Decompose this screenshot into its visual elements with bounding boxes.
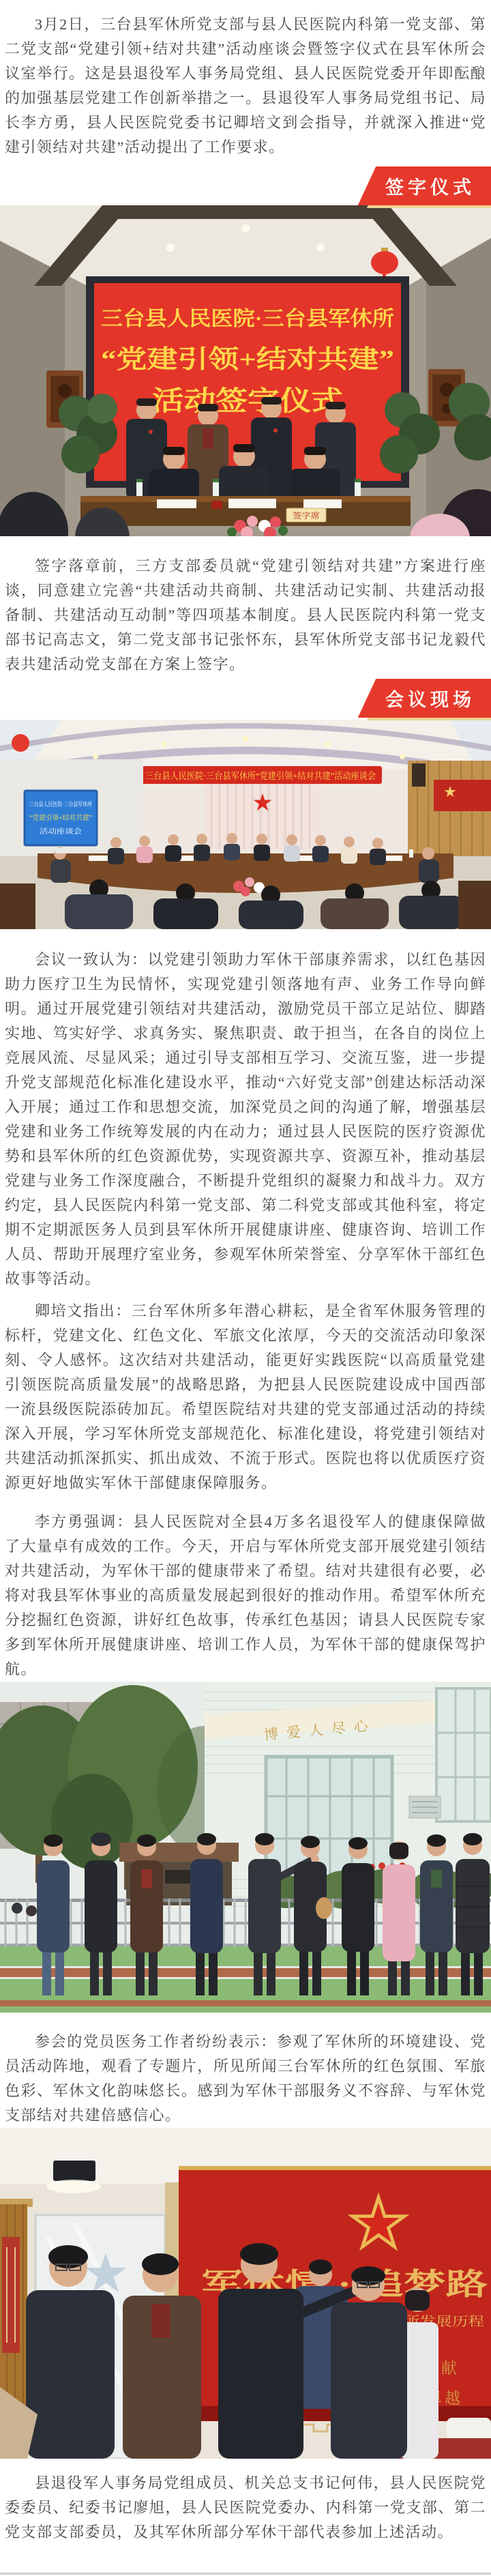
screen-line3: 活动签字仪式	[152, 385, 343, 416]
badge-ribbon: 会议现场	[358, 679, 491, 718]
bottom-divider	[0, 2573, 491, 2575]
badge-ribbon: 签字仪式	[358, 166, 491, 205]
meeting-banner: 三台县人民医院·三台县军休所“党建引领+结对共建”活动座谈会	[140, 766, 382, 784]
photo-meeting-room[interactable]: 三台县人民医院·三台县军休所“党建引领+结对共建”活动座谈会 三台县人民医院·三…	[0, 720, 491, 929]
badge-label: 签字仪式	[385, 173, 485, 199]
table-sign: 签字席	[293, 510, 320, 521]
paragraph-qingpeiwen: 卿培文指出：三台军休所多年潜心耕耘，是全省军休服务管理的标杆，党建文化、红色文化…	[0, 1299, 491, 1495]
section-badge-meeting: 会议现场	[0, 679, 491, 718]
photo-honor-room[interactable]: 军休情 · 追梦路 ——三台军休所发展历程 敬业奉献 追求卓越	[0, 2128, 491, 2459]
paragraph-consensus: 会议一致认为：以党建引领助力军休干部康养需求，以红色基因助力医疗卫生为民情怀，实…	[0, 948, 491, 1291]
photo-signing-ceremony[interactable]: 三台县人民医院·三台县军休所 “党建引领+结对共建” 活动签字仪式	[0, 205, 491, 536]
paragraph-signing: 签字落章前，三方支部委员就“党建引领结对共建”方案进行座谈，同意建立完善“共建活…	[0, 554, 491, 677]
paragraph-lifangyong: 李方勇强调：县人民医院对全县4万多名退役军人的健康保障做了大量卓有成效的工作。今…	[0, 1510, 491, 1682]
section-badge-signing: 签字仪式	[0, 166, 491, 205]
svg-text:活动座谈会: 活动座谈会	[40, 827, 82, 836]
article-page: 3月2日，三台县军休所党支部与县人民医院内科第一党支部、第二党支部“党建引领+结…	[0, 12, 491, 2545]
svg-text:三台县人民医院·三台县军休所“党建引领+结对共建”活动座谈会: 三台县人民医院·三台县军休所“党建引领+结对共建”活动座谈会	[145, 770, 376, 781]
red-lantern-icon	[12, 734, 29, 752]
svg-text:三台县人民医院·三台县军休所: 三台县人民医院·三台县军休所	[29, 800, 92, 808]
paragraph-medics-feedback: 参会的党员医务工作者纷纷表示：参观了军休所的环境建设、党员活动阵地，观看了专题片…	[0, 2030, 491, 2128]
sports-ground	[0, 1946, 491, 2012]
screen-line1: 三台县人民医院·三台县军休所	[101, 307, 394, 330]
paragraph-attendees: 县退役军人事务局党组成员、机关总支书记何伟，县人民医院党委委员、纪委书记廖旭，县…	[0, 2471, 491, 2545]
svg-text:“党建引领+结对共建”: “党建引领+结对共建”	[29, 813, 92, 822]
paragraph-intro: 3月2日，三台县军休所党支部与县人民医院内科第一党支部、第二党支部“党建引领+结…	[0, 12, 491, 160]
photo-outdoor-tour[interactable]: 博爱人尽心	[0, 1682, 491, 2012]
screen-line2: “党建引领+结对共建”	[101, 345, 394, 374]
badge-label: 会议现场	[385, 685, 485, 712]
ceiling	[0, 205, 491, 286]
